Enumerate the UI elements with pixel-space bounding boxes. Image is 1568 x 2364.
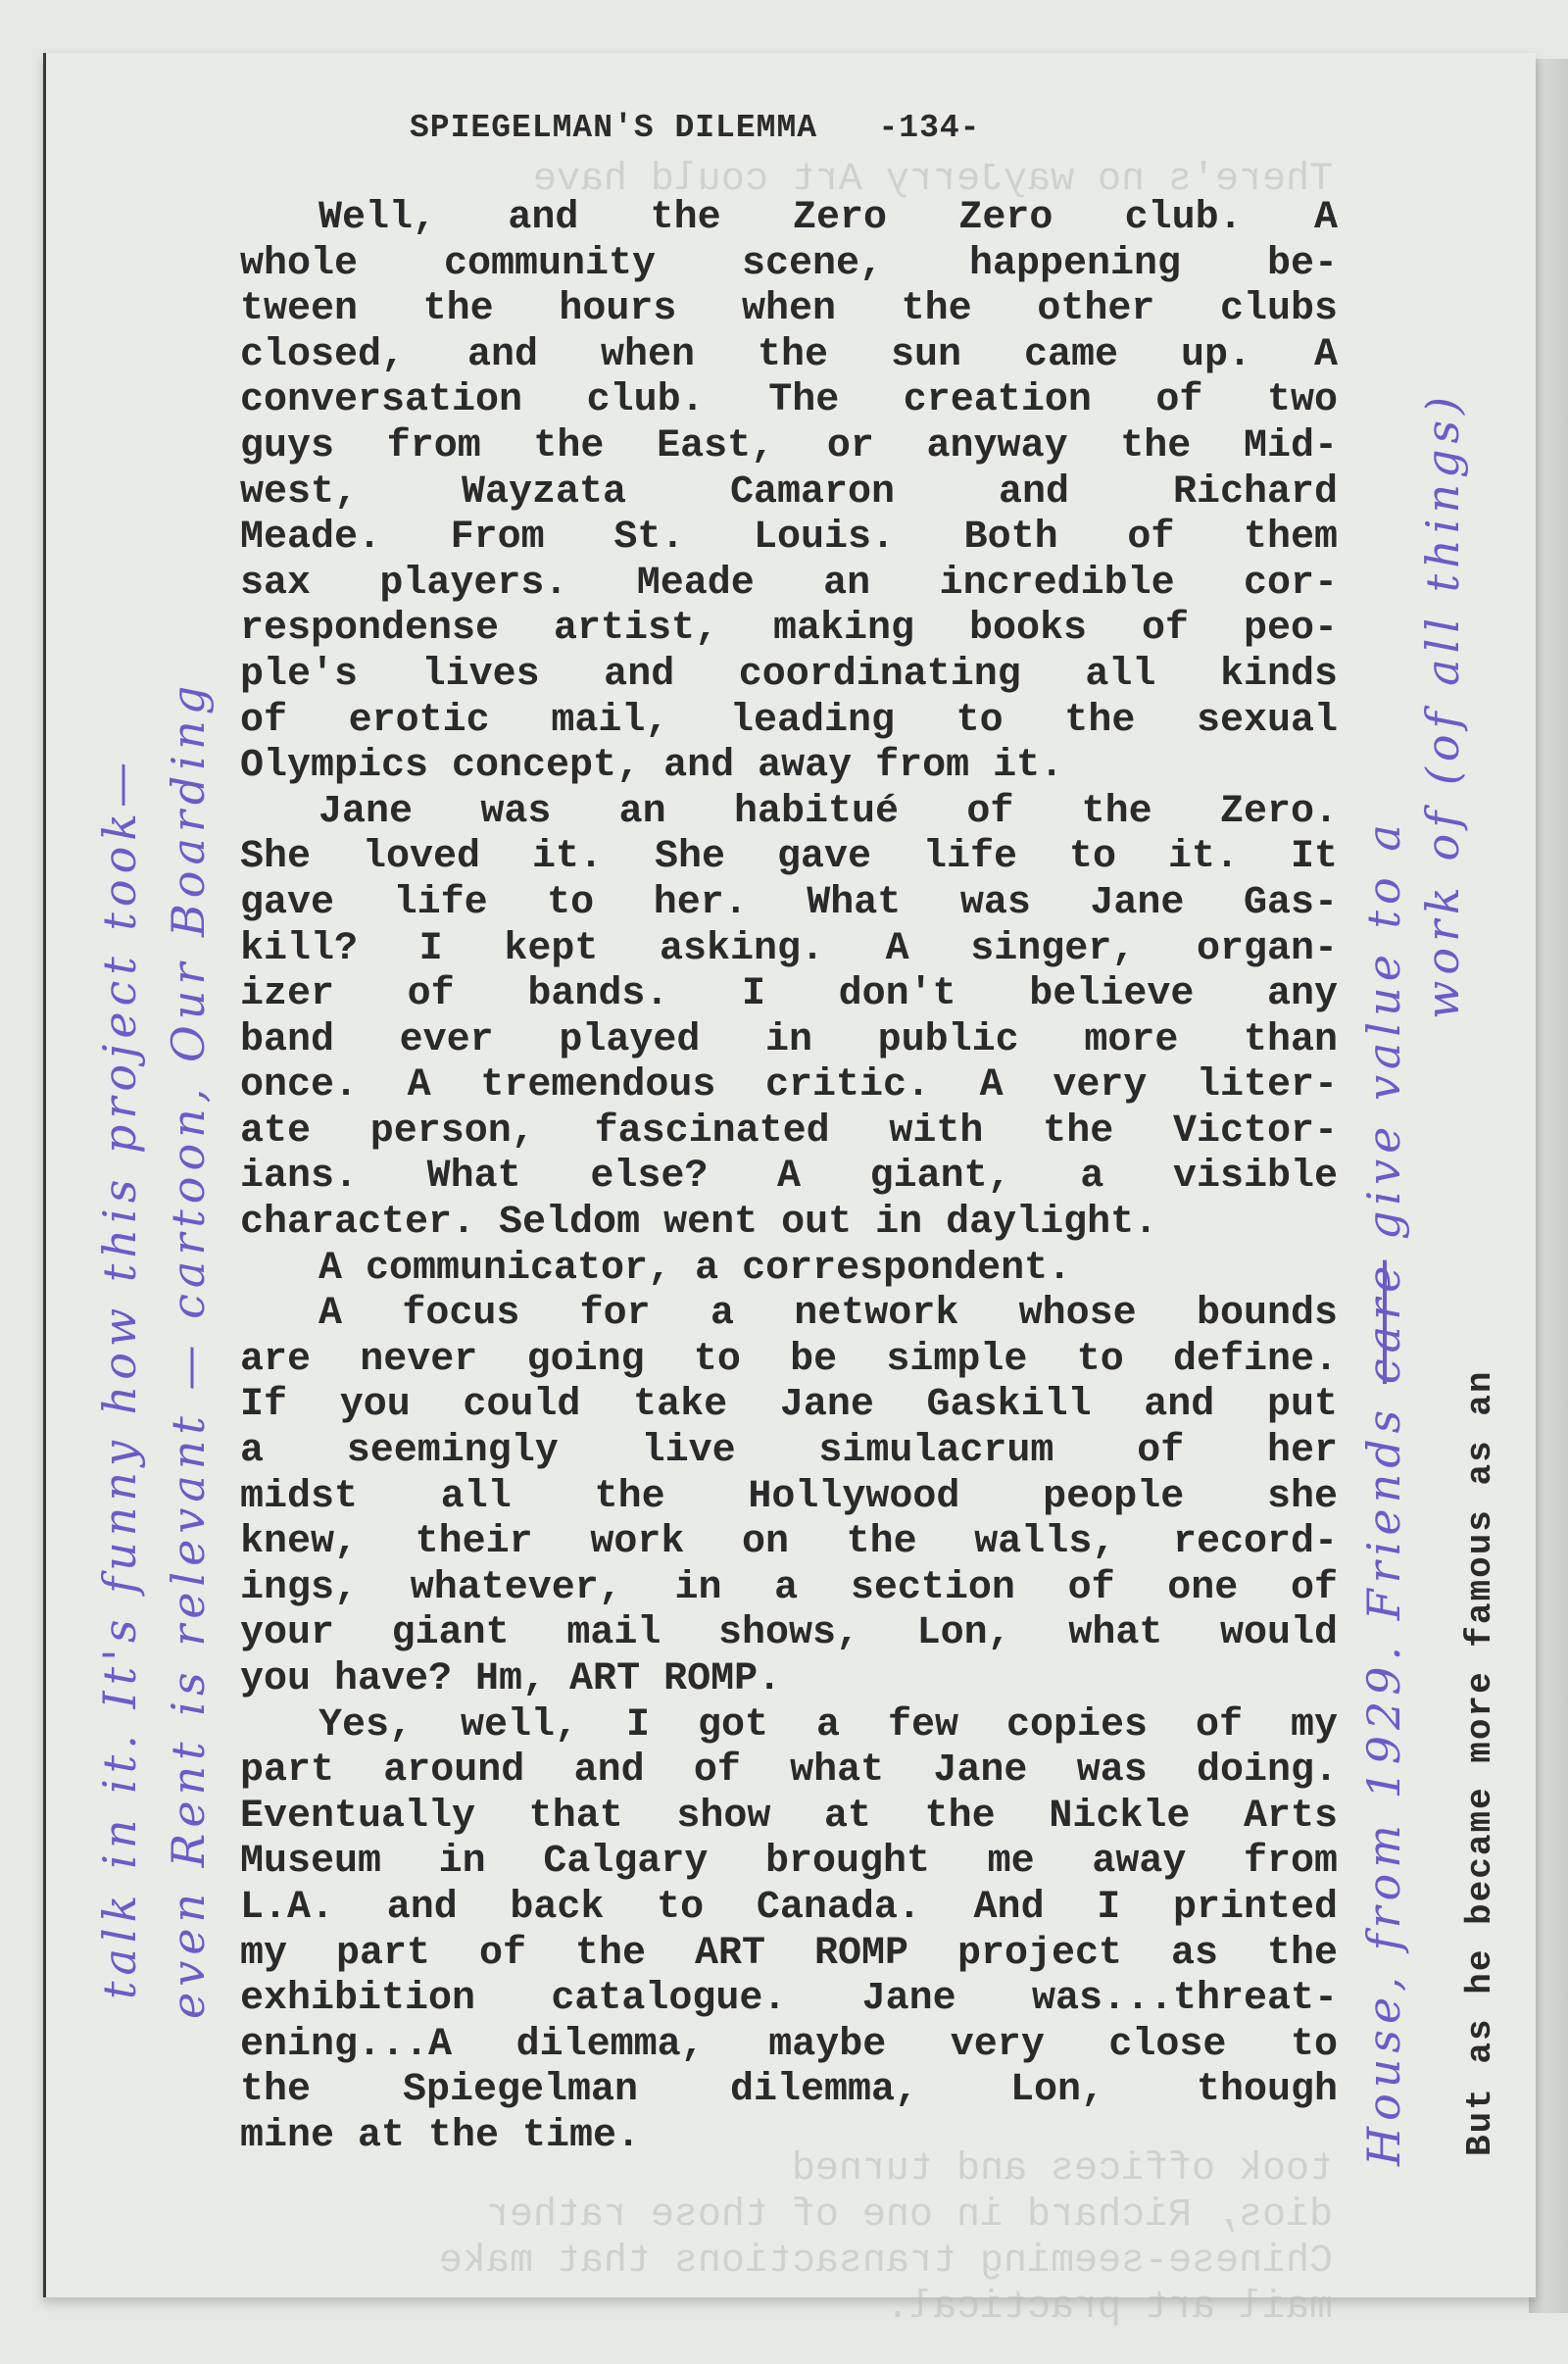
text-line: A communicator, a correspondent. — [240, 1247, 1338, 1293]
show-through-text-bottom: took offices and turned dios, Richard in… — [206, 2146, 1333, 2331]
text-line: ple's lives and coordinating all kinds — [240, 653, 1338, 699]
text-line: sax players. Meade an incredible cor- — [240, 562, 1338, 608]
text-line: guys from the East, or anyway the Mid- — [240, 424, 1338, 470]
text-line: mine at the time. — [240, 2114, 1338, 2160]
text-line: are never going to be simple to define. — [240, 1338, 1338, 1384]
margin-note-left-1: talk in it. It's funny how this project … — [93, 757, 146, 1999]
text-line: tween the hours when the other clubs — [240, 287, 1338, 333]
text-line: a seemingly live simulacrum of her — [240, 1429, 1338, 1475]
text-line: izer of bands. I don't believe any — [240, 972, 1338, 1018]
text-line: Yes, well, I got a few copies of my — [240, 1703, 1338, 1749]
note-part: give value to a — [1357, 818, 1410, 1240]
struck-word: care — [1357, 1260, 1410, 1384]
text-line: L.A. and back to Canada. And I printed — [240, 1886, 1338, 1932]
text-line: ate person, fascinated with the Victor- — [240, 1109, 1338, 1156]
text-line: whole community scene, happening be- — [240, 242, 1338, 288]
text-line: Meade. From St. Louis. Both of them — [240, 516, 1338, 562]
text-line: part around and of what Jane was doing. — [240, 1748, 1338, 1795]
text-line: Museum in Calgary brought me away from — [240, 1840, 1338, 1886]
text-line: She loved it. She gave life to it. It — [240, 835, 1338, 881]
text-line: respondense artist, making books of peo- — [240, 607, 1338, 653]
text-line: character. Seldom went out in daylight. — [240, 1201, 1338, 1247]
text-line: kill? I kept asking. A singer, organ- — [240, 927, 1338, 973]
text-line: If you could take Jane Gaskill and put — [240, 1383, 1338, 1429]
text-line: Jane was an habitué of the Zero. — [240, 790, 1338, 836]
margin-note-right-2: work of (of all things) — [1416, 391, 1469, 1019]
text-line: midst all the Hollywood people she — [240, 1475, 1338, 1521]
text-line: band ever played in public more than — [240, 1018, 1338, 1064]
text-line: you have? Hm, ART ROMP. — [240, 1657, 1338, 1703]
text-line: west, Wayzata Camaron and Richard — [240, 470, 1338, 517]
text-line: once. A tremendous critic. A very liter- — [240, 1063, 1338, 1109]
text-line: Eventually that show at the Nickle Arts — [240, 1795, 1338, 1841]
text-line: ings, whatever, in a section of one of — [240, 1566, 1338, 1612]
text-line: knew, their work on the walls, record- — [240, 1520, 1338, 1566]
margin-note-right-1: House, from 1929. Friends care give valu… — [1357, 818, 1410, 2166]
text-line: closed, and when the sun came up. A — [240, 333, 1338, 379]
text-line: my part of the ART ROMP project as the — [240, 1932, 1338, 1978]
text-line: Olympics concept, and away from it. — [240, 744, 1338, 790]
text-line: ians. What else? A giant, a visible — [240, 1155, 1338, 1201]
text-line: your giant mail shows, Lon, what would — [240, 1611, 1338, 1657]
text-line: Well, and the Zero Zero club. A — [240, 196, 1338, 242]
text-line: the Spiegelman dilemma, Lon, though — [240, 2068, 1338, 2114]
note-part: House, from 1929. Friends — [1357, 1404, 1410, 2166]
body-text: Well, and the Zero Zero club. Awhole com… — [240, 196, 1338, 2160]
adjacent-page-text: But as he became more famous as an — [1460, 1369, 1500, 2156]
margin-note-left-2: even Rent is relevant — cartoon, Our Boa… — [162, 680, 215, 2019]
text-line: A focus for a network whose bounds — [240, 1292, 1338, 1338]
text-line: conversation club. The creation of two — [240, 378, 1338, 424]
text-line: of erotic mail, leading to the sexual — [240, 699, 1338, 745]
running-head: SPIEGELMAN'S DILEMMA -134- — [410, 110, 981, 146]
text-line: exhibition catalogue. Jane was...threat- — [240, 1977, 1338, 2023]
text-line: ening...A dilemma, maybe very close to — [240, 2023, 1338, 2069]
text-line: gave life to her. What was Jane Gas- — [240, 881, 1338, 927]
